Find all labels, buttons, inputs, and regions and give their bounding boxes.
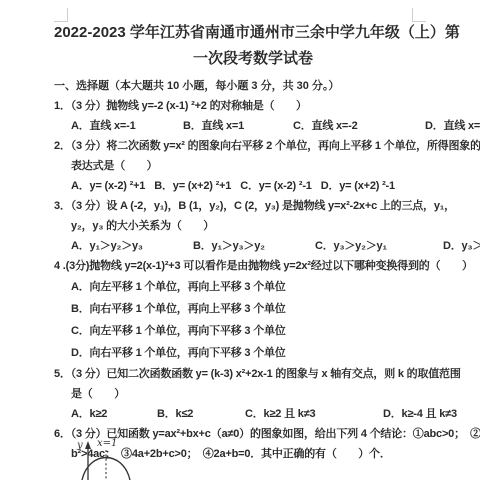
question-4-option-b: B．向右平移 1 个单位，再向上平移 3 个单位 bbox=[54, 298, 452, 320]
question-2-stem-line-2: 表达式是（ ） bbox=[54, 156, 452, 176]
question-2-stem-line-1: 2．（3 分）将二次函数 y=x² 的图象向右平移 2 个单位，再向上平移 1 … bbox=[54, 136, 452, 156]
question-1-option-d: D．直线 x=2 bbox=[425, 116, 480, 136]
question-1-option-a: A．直线 x=-1 bbox=[71, 116, 183, 136]
question-6-parabola-figure: y x=1 bbox=[70, 436, 210, 480]
exam-title-line-2: 一次段考数学试卷 bbox=[54, 46, 452, 72]
question-3-stem-line-2: y₂，y₃ 的大小关系为（ ） bbox=[54, 216, 452, 236]
question-5-stem-line-2: 是（ ） bbox=[54, 384, 452, 404]
question-5-option-b: B．k≤2 bbox=[157, 404, 245, 424]
question-3-options: A．y₁＞y₂＞y₃ B．y₁＞y₃＞y₂ C．y₃＞y₂＞y₁ D．y₃＞y₁… bbox=[54, 236, 452, 256]
exam-paper-page: 2022-2023 学年江苏省南通市通州市三余中学九年级（上）第 一次段考数学试… bbox=[0, 0, 480, 480]
question-3-option-c: C．y₃＞y₂＞y₁ bbox=[315, 236, 443, 256]
question-2-option-b: B．y= (x+2) ²+1 bbox=[154, 176, 231, 196]
document-content: 2022-2023 学年江苏省南通市通州市三余中学九年级（上）第 一次段考数学试… bbox=[54, 20, 452, 464]
question-4-option-c: C．向左平移 1 个单位，再向下平移 3 个单位 bbox=[54, 320, 452, 342]
question-5-option-c: C．k≥2 且 k≠3 bbox=[245, 404, 383, 424]
question-5-option-a: A．k≥2 bbox=[71, 404, 157, 424]
y-axis-label: y bbox=[76, 440, 83, 451]
question-3-option-a: A．y₁＞y₂＞y₃ bbox=[71, 236, 193, 256]
question-2-option-c: C．y= (x-2) ²-1 bbox=[240, 176, 311, 196]
question-3-option-d: D．y₃＞y₁＞y₂ bbox=[443, 236, 480, 256]
section-header-choice-questions: 一、选择题（本大题共 10 小题，每小题 3 分，共 30 分。） bbox=[54, 76, 452, 96]
question-1-options: A．直线 x=-1 B．直线 x=1 C．直线 x=-2 D．直线 x=2 bbox=[54, 116, 452, 136]
question-5-stem-line-1: 5．（3 分）已知二次函数函数 y= (k-3) x²+2x-1 的图象与 x … bbox=[54, 364, 452, 384]
question-1-option-b: B．直线 x=1 bbox=[183, 116, 293, 136]
question-2-option-d: D．y= (x+2) ²-1 bbox=[321, 176, 395, 196]
question-1-stem: 1．（3 分）抛物线 y=-2 (x-1) ²+2 的对称轴是（ ） bbox=[54, 96, 452, 116]
exam-title-line-1: 2022-2023 学年江苏省南通市通州市三余中学九年级（上）第 bbox=[54, 20, 452, 46]
y-axis-arrowhead bbox=[85, 441, 91, 449]
question-1-option-c: C．直线 x=-2 bbox=[293, 116, 425, 136]
question-5-option-d: D．k≥-4 且 k≠3 bbox=[383, 404, 457, 424]
question-4-stem: 4 .(3分)抛物线 y=2(x-1)²+3 可以看作是由抛物线 y=2x²经过… bbox=[54, 256, 452, 276]
question-3-option-b: B．y₁＞y₃＞y₂ bbox=[193, 236, 315, 256]
question-5-options: A．k≥2 B．k≤2 C．k≥2 且 k≠3 D．k≥-4 且 k≠3 bbox=[54, 404, 452, 424]
question-2-option-a: A．y= (x-2) ²+1 bbox=[71, 176, 145, 196]
symmetry-axis-label: x=1 bbox=[97, 438, 117, 449]
question-4-option-a: A．向左平移 1 个单位，再向上平移 3 个单位 bbox=[54, 276, 452, 298]
question-2-options: A．y= (x-2) ²+1 B．y= (x+2) ²+1 C．y= (x-2)… bbox=[54, 176, 452, 196]
question-4-option-d: D．向右平移 1 个单位，再向下平移 3 个单位 bbox=[54, 342, 452, 364]
question-3-stem-line-1: 3．（3 分）设 A (-2，y₁)，B (1，y₂)，C (2，y₃) 是抛物… bbox=[54, 196, 452, 216]
